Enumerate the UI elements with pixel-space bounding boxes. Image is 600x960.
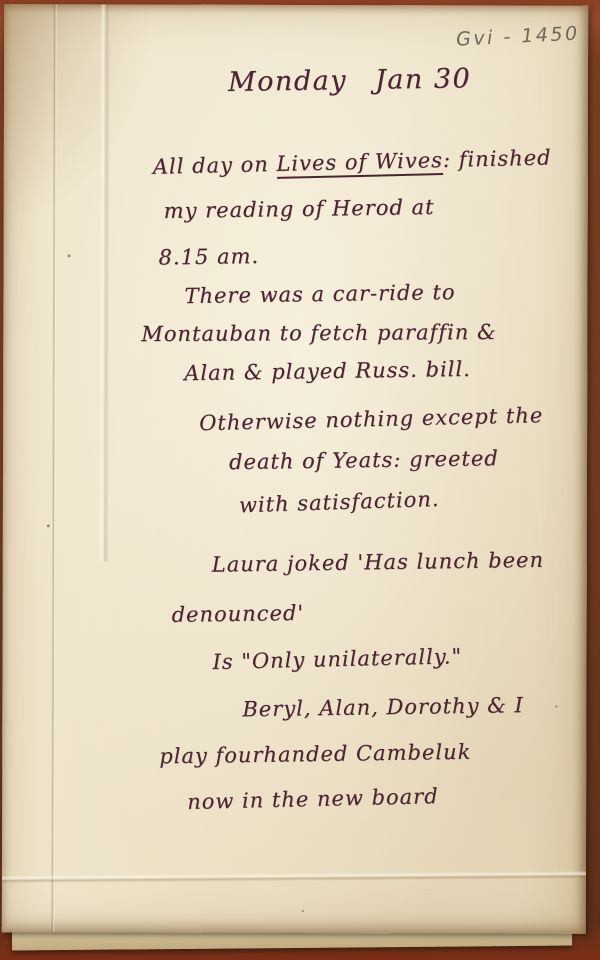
- entry-line-10: Laura joked 'Has lunch been: [212, 548, 545, 577]
- entry-line-8: death of Yeats: greeted: [229, 446, 499, 474]
- entry-line-15: now in the new board: [187, 784, 439, 814]
- entry-line-4: There was a car-ride to: [184, 280, 455, 308]
- entry-heading-day: Monday: [228, 65, 347, 98]
- entry-line-6: Alan & played Russ. bill.: [184, 357, 471, 385]
- entry-line-9: with satisfaction.: [239, 487, 440, 517]
- foxing-speck: [555, 706, 557, 708]
- fold-crease-bottom: [2, 871, 586, 884]
- diary-paper: Gvi - 1450 MondayJan 30 All day on Lives…: [2, 4, 588, 934]
- paper-wrinkle-shadow: [4, 4, 155, 224]
- entry-heading-date: Jan 30: [375, 63, 472, 95]
- catalog-mark: Gvi - 1450: [456, 23, 580, 51]
- entry-line-7: Otherwise nothing except the: [199, 403, 544, 435]
- entry-line-3: 8.15 am.: [158, 244, 259, 269]
- fold-crease-left-edge: [51, 4, 57, 932]
- entry-line-13: Beryl, Alan, Dorothy & I: [242, 693, 524, 721]
- foxing-speck: [47, 524, 50, 527]
- fold-crease-left: [99, 4, 110, 561]
- book-title-underlined: Lives of Wives: [276, 148, 443, 179]
- line-1-post: : finished: [443, 145, 552, 172]
- scanned-diary-photo: Gvi - 1450 MondayJan 30 All day on Lives…: [0, 0, 600, 960]
- entry-line-11: denounced': [171, 601, 304, 627]
- foxing-speck: [68, 254, 71, 257]
- line-1-pre: All day on: [153, 152, 277, 179]
- entry-line-1: All day on Lives of Wives: finished: [153, 145, 552, 178]
- entry-heading: MondayJan 30: [228, 63, 472, 98]
- entry-line-12: Is "Only unilaterally.": [212, 644, 462, 674]
- entry-line-14: play fourhanded Cambeluk: [159, 740, 471, 769]
- entry-line-2: my reading of Herod at: [164, 195, 435, 223]
- entry-line-5: Montauban to fetch paraffin &: [141, 320, 496, 346]
- foxing-speck: [302, 910, 304, 912]
